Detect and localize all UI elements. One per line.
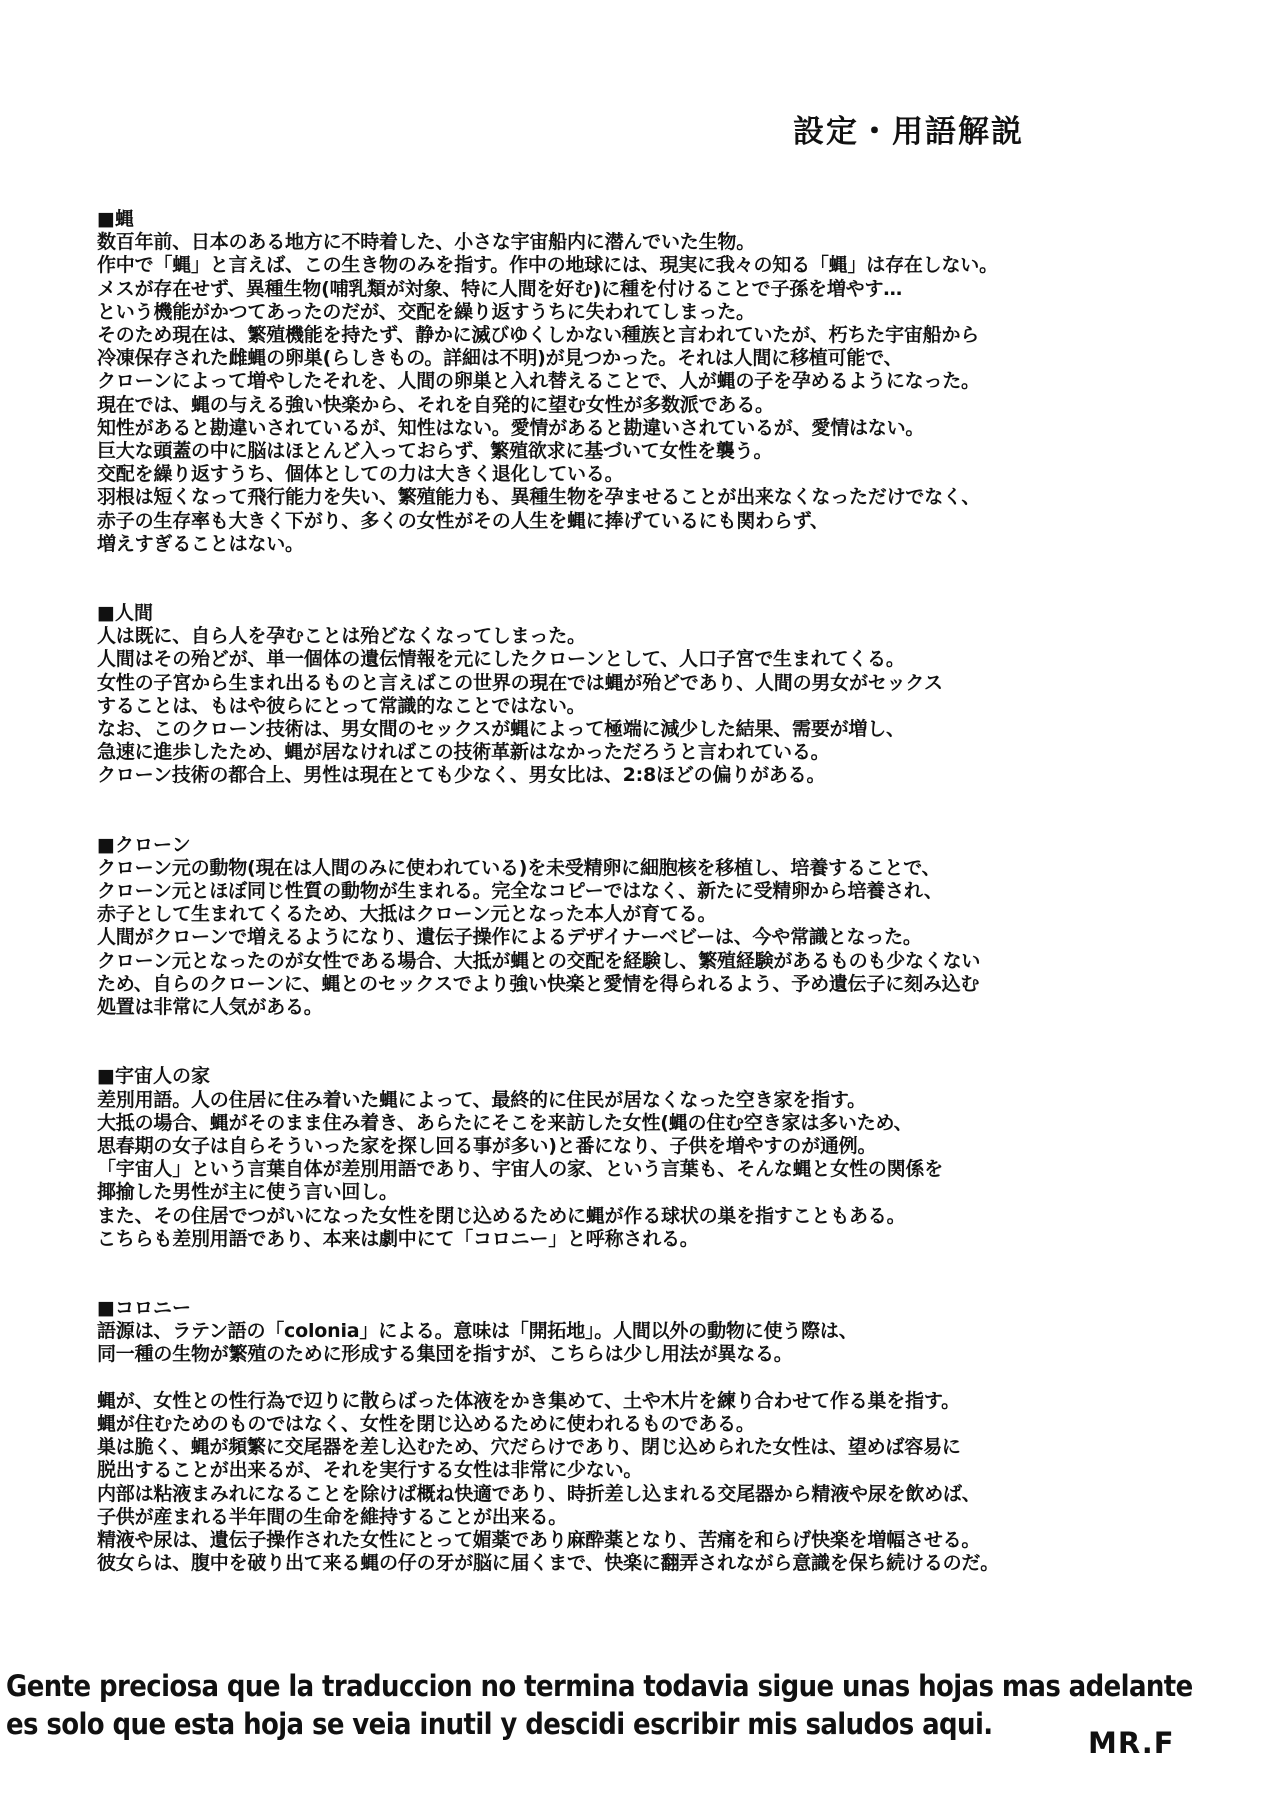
section-heading: ■宇宙人の家 xyxy=(97,1065,1217,1088)
text-line: 同一種の生物が繁殖のために形成する集団を指すが、こちらは少し用法が異なる。 xyxy=(97,1343,1217,1366)
text-line: 巨大な頭蓋の中に脳はほとんど入っておらず、繁殖欲求に基づいて女性を襲う。 xyxy=(97,440,1217,463)
section-heading: ■人間 xyxy=(97,602,1217,625)
text-line: また、その住居でつがいになった女性を閉じ込めるために蝿が作る球状の巣を指すことも… xyxy=(97,1205,1217,1228)
glossary-section: ■蝿数百年前、日本のある地方に不時着した、小さな宇宙船内に潜んでいた生物。作中で… xyxy=(97,208,1217,556)
text-line: 子供が産まれる半年間の生命を維持することが出来る。 xyxy=(97,1506,1217,1529)
text-line: 精液や尿は、遺伝子操作された女性にとって媚薬であり麻酔薬となり、苦痛を和らげ快楽… xyxy=(97,1529,1217,1552)
text-line: 女性の子宮から生まれ出るものと言えばこの世界の現在では蝿が殆どであり、人間の男女… xyxy=(97,672,1217,695)
text-line: クローンによって増やしたそれを、人間の卵巣と入れ替えることで、人が蝿の子を孕める… xyxy=(97,370,1217,393)
text-line: 冷凍保存された雌蝿の卵巣(らしきもの。詳細は不明)が見つかった。それは人間に移植… xyxy=(97,347,1217,370)
text-line: 数百年前、日本のある地方に不時着した、小さな宇宙船内に潜んでいた生物。 xyxy=(97,231,1217,254)
text-line: ため、自らのクローンに、蝿とのセックスでより強い快楽と愛情を得られるよう、予め遺… xyxy=(97,973,1217,996)
glossary-section: ■クローンクローン元の動物(現在は人間のみに使われている)を未受精卵に細胞核を移… xyxy=(97,834,1217,1020)
section-heading: ■クローン xyxy=(97,834,1217,857)
text-line: なお、このクローン技術は、男女間のセックスが蝿によって極端に減少した結果、需要が… xyxy=(97,718,1217,741)
section-heading: ■コロニー xyxy=(97,1297,1217,1320)
text-line: そのため現在は、繁殖機能を持たず、静かに滅びゆくしかない種族と言われていたが、朽… xyxy=(97,324,1217,347)
text-line: 急速に進歩したため、蝿が居なければこの技術革新はなかっただろうと言われている。 xyxy=(97,741,1217,764)
text-line: 知性があると勘違いされているが、知性はない。愛情があると勘違いされているが、愛情… xyxy=(97,417,1217,440)
page-title: 設定・用語解説 xyxy=(793,106,1024,151)
glossary-section: ■宇宙人の家差別用語。人の住居に住み着いた蝿によって、最終的に住民が居なくなった… xyxy=(97,1065,1217,1251)
text-line: クローン元となったのが女性である場合、大抵が蝿との交配を経験し、繁殖経験があるも… xyxy=(97,950,1217,973)
glossary-section: ■コロニー語源は、ラテン語の「colonia」による。意味は「開拓地」。人間以外… xyxy=(97,1297,1217,1575)
text-line: 作中で「蝿」と言えば、この生き物のみを指す。作中の地球には、現実に我々の知る「蝿… xyxy=(97,254,1217,277)
text-line: メスが存在せず、異種生物(哺乳類が対象、特に人間を好む)に種を付けることで子孫を… xyxy=(97,278,1217,301)
text-line: 赤子の生存率も大きく下がり、多くの女性がその人生を蝿に捧げているにも関わらず、 xyxy=(97,510,1217,533)
glossary: ■蝿数百年前、日本のある地方に不時着した、小さな宇宙船内に潜んでいた生物。作中で… xyxy=(97,208,1217,1575)
text-line: 「宇宙人」という言葉自体が差別用語であり、宇宙人の家、という言葉も、そんな蝿と女… xyxy=(97,1158,1217,1181)
text-line: 巣は脆く、蝿が頻繁に交尾器を差し込むため、穴だらけであり、閉じ込められた女性は、… xyxy=(97,1436,1217,1459)
text-line: 羽根は短くなって飛行能力を失い、繁殖能力も、異種生物を孕ませることが出来なくなっ… xyxy=(97,486,1217,509)
text-line: 増えすぎることはない。 xyxy=(97,533,1217,556)
text-line: 差別用語。人の住居に住み着いた蝿によって、最終的に住民が居なくなった空き家を指す… xyxy=(97,1089,1217,1112)
section-heading: ■蝿 xyxy=(97,208,1217,231)
text-line: 内部は粘液まみれになることを除けば概ね快適であり、時折差し込まれる交尾器から精液… xyxy=(97,1483,1217,1506)
translator-note-line-1: Gente preciosa que la traduccion no term… xyxy=(6,1670,1193,1704)
text-line: 蝿が、女性との性行為で辺りに散らばった体液をかき集めて、土や木片を練り合わせて作… xyxy=(97,1390,1217,1413)
text-line: 揶揄した男性が主に使う言い回し。 xyxy=(97,1181,1217,1204)
text-line: 人間はその殆どが、単一個体の遺伝情報を元にしたクローンとして、人口子宮で生まれて… xyxy=(97,648,1217,671)
text-line: クローン技術の都合上、男性は現在とても少なく、男女比は、2:8ほどの偏りがある。 xyxy=(97,764,1217,787)
text-line: クローン元とほぼ同じ性質の動物が生まれる。完全なコピーではなく、新たに受精卵から… xyxy=(97,880,1217,903)
glossary-section: ■人間人は既に、自ら人を孕むことは殆どなくなってしまった。人間はその殆どが、単一… xyxy=(97,602,1217,788)
text-line: 赤子として生まれてくるため、大抵はクローン元となった本人が育てる。 xyxy=(97,903,1217,926)
text-line: 現在では、蝿の与える強い快楽から、それを自発的に望む女性が多数派である。 xyxy=(97,394,1217,417)
text-line: 大抵の場合、蝿がそのまま住み着き、あらたにそこを来訪した女性(蝿の住む空き家は多… xyxy=(97,1112,1217,1135)
text-line: 交配を繰り返すうち、個体としての力は大きく退化している。 xyxy=(97,463,1217,486)
text-line: 人は既に、自ら人を孕むことは殆どなくなってしまった。 xyxy=(97,625,1217,648)
text-line: 彼女らは、腹中を破り出て来る蝿の仔の牙が脳に届くまで、快楽に翻弄されながら意識を… xyxy=(97,1552,1217,1575)
translator-signature: MR.F xyxy=(1088,1726,1175,1760)
text-line: こちらも差別用語であり、本来は劇中にて「コロニー」と呼称される。 xyxy=(97,1228,1217,1251)
text-line: することは、もはや彼らにとって常識的なことではない。 xyxy=(97,695,1217,718)
text-line: 処置は非常に人気がある。 xyxy=(97,996,1217,1019)
text-line xyxy=(97,1367,1217,1390)
translator-note-line-2: es solo que esta hoja se veia inutil y d… xyxy=(6,1708,993,1742)
text-line: 思春期の女子は自らそういった家を探し回る事が多い)と番になり、子供を増やすのが通… xyxy=(97,1135,1217,1158)
text-line: という機能がかつてあったのだが、交配を繰り返すうちに失われてしまった。 xyxy=(97,301,1217,324)
text-line: クローン元の動物(現在は人間のみに使われている)を未受精卵に細胞核を移植し、培養… xyxy=(97,857,1217,880)
text-line: 人間がクローンで増えるようになり、遺伝子操作によるデザイナーベビーは、今や常識と… xyxy=(97,926,1217,949)
text-line: 脱出することが出来るが、それを実行する女性は非常に少ない。 xyxy=(97,1459,1217,1482)
text-line: 語源は、ラテン語の「colonia」による。意味は「開拓地」。人間以外の動物に使… xyxy=(97,1320,1217,1343)
text-line: 蝿が住むためのものではなく、女性を閉じ込めるために使われるものである。 xyxy=(97,1413,1217,1436)
